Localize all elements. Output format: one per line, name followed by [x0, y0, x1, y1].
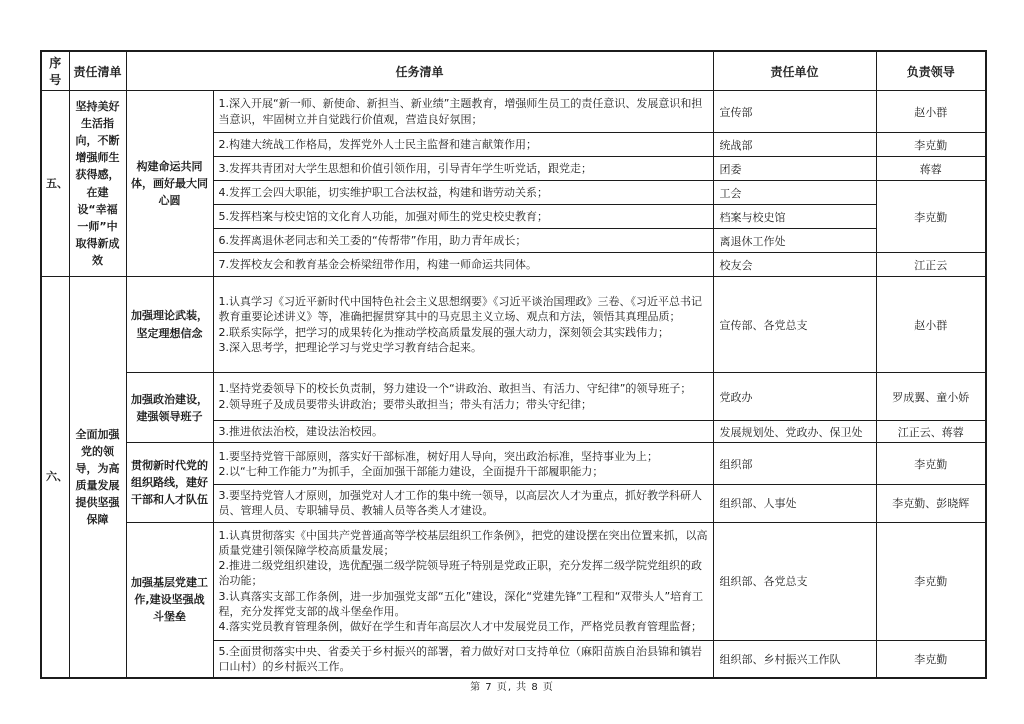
section6-block4-leader-b: 李克勤 [876, 640, 986, 678]
section5-leader-4to6: 李克勤 [876, 181, 986, 253]
section5-leader-2: 李克勤 [876, 133, 986, 157]
section5-leader-1: 赵小群 [876, 91, 986, 133]
section5-unit-5: 档案与校史馆 [713, 205, 876, 229]
section5-subcategory: 构建命运共同体，画好最大同心圆 [126, 91, 213, 277]
table-row: 加强基层党建工作,建设坚强战斗堡垒 1.认真贯彻落实《中国共产党普通高等学校基层… [41, 522, 986, 640]
section6-block4-tasks-b: 5.全面贯彻落实中央、省委关于乡村振兴的部署，着力做好对口支持单位（麻阳苗族自治… [213, 640, 713, 678]
section6-block2-leader-b: 江正云、蒋蓉 [876, 421, 986, 443]
page-footer: 第 7 页, 共 8 页 [0, 678, 1024, 693]
header-responsibility: 责任清单 [69, 51, 126, 91]
section5-leader-7: 江正云 [876, 253, 986, 277]
section5-task-7: 7.发挥校友会和教育基金会桥梁纽带作用，构建一师命运共同体。 [213, 253, 713, 277]
section5-task-1: 1.深入开展“新一师、新使命、新担当、新业绩”主题教育，增强师生员工的责任意识、… [213, 91, 713, 133]
section5-task-6: 6.发挥离退休老同志和关工委的“传帮带”作用，助力青年成长； [213, 229, 713, 253]
section6-responsibility: 全面加强党的领导，为高质量发展提供坚强保障 [69, 277, 126, 678]
section6-subcategory-1: 加强理论武装，坚定理想信念 [126, 277, 213, 373]
section6-block3-unit-b: 组织部、人事处 [713, 485, 876, 522]
section5-index: 五、 [41, 91, 69, 277]
section5-task-3: 3.发挥共青团对大学生思想和价值引领作用，引导青年学生听党话，跟党走； [213, 157, 713, 181]
header-unit: 责任单位 [713, 51, 876, 91]
section5-unit-6: 离退休工作处 [713, 229, 876, 253]
section6-block2-unit-b: 发展规划处、党政办、保卫处 [713, 421, 876, 443]
section6-block2-tasks-a: 1.坚持党委领导下的校长负责制，努力建设一个“讲政治、敢担当、有活力、守纪律”的… [213, 373, 713, 421]
section5-leader-3: 蒋蓉 [876, 157, 986, 181]
section5-unit-1: 宣传部 [713, 91, 876, 133]
section6-subcategory-4: 加强基层党建工作,建设坚强战斗堡垒 [126, 522, 213, 678]
table-row: 六、 全面加强党的领导，为高质量发展提供坚强保障 加强理论武装，坚定理想信念 1… [41, 277, 986, 373]
document-page: 序号 责任清单 任务清单 责任单位 负责领导 五、 坚持美好生活指向，不断增强师… [0, 0, 1024, 724]
table-row: 贯彻新时代党的组织路线，建好干部和人才队伍 1.要坚持党管干部原则，落实好干部标… [41, 443, 986, 485]
section6-block3-leader-b: 李克勤、彭晓辉 [876, 485, 986, 522]
header-tasks: 任务清单 [126, 51, 713, 91]
section5-unit-2: 统战部 [713, 133, 876, 157]
section6-block1-unit: 宣传部、各党总支 [713, 277, 876, 373]
section5-task-2: 2.构建大统战工作格局，发挥党外人士民主监督和建言献策作用； [213, 133, 713, 157]
section6-block2-leader-a: 罗成翼、童小娇 [876, 373, 986, 421]
header-leader: 负责领导 [876, 51, 986, 91]
section5-responsibility: 坚持美好生活指向，不断增强师生获得感，在建设“幸福一师”中取得新成效 [69, 91, 126, 277]
responsibility-task-table: 序号 责任清单 任务清单 责任单位 负责领导 五、 坚持美好生活指向，不断增强师… [40, 50, 987, 679]
section5-unit-3: 团委 [713, 157, 876, 181]
section5-task-4: 4.发挥工会四大职能，切实维护职工合法权益，构建和谐劳动关系； [213, 181, 713, 205]
section5-unit-7: 校友会 [713, 253, 876, 277]
section6-block1-leader: 赵小群 [876, 277, 986, 373]
table-row: 加强政治建设，建强领导班子 1.坚持党委领导下的校长负责制，努力建设一个“讲政治… [41, 373, 986, 421]
section6-index: 六、 [41, 277, 69, 678]
table-row: 五、 坚持美好生活指向，不断增强师生获得感，在建设“幸福一师”中取得新成效 构建… [41, 91, 986, 133]
section6-block3-tasks-a: 1.要坚持党管干部原则，落实好干部标准，树好用人导向，突出政治标准，坚持事业为上… [213, 443, 713, 485]
section6-block4-leader-a: 李克勤 [876, 522, 986, 640]
section5-task-5: 5.发挥档案与校史馆的文化育人功能，加强对师生的党史校史教育； [213, 205, 713, 229]
section6-block4-tasks-a: 1.认真贯彻落实《中国共产党普通高等学校基层组织工作条例》，把党的建设摆在突出位… [213, 522, 713, 640]
section6-block4-unit-a: 组织部、各党总支 [713, 522, 876, 640]
section6-subcategory-3: 贯彻新时代党的组织路线，建好干部和人才队伍 [126, 443, 213, 522]
section6-block2-unit-a: 党政办 [713, 373, 876, 421]
table-header-row: 序号 责任清单 任务清单 责任单位 负责领导 [41, 51, 986, 91]
section6-block4-unit-b: 组织部、乡村振兴工作队 [713, 640, 876, 678]
section5-unit-4: 工会 [713, 181, 876, 205]
section6-block2-tasks-b: 3.推进依法治校，建设法治校园。 [213, 421, 713, 443]
section6-block3-unit-a: 组织部 [713, 443, 876, 485]
section6-block3-tasks-b: 3.要坚持党管人才原则，加强党对人才工作的集中统一领导，以高层次人才为重点，抓好… [213, 485, 713, 522]
section6-block3-leader-a: 李克勤 [876, 443, 986, 485]
section6-subcategory-2: 加强政治建设，建强领导班子 [126, 373, 213, 443]
header-index: 序号 [41, 51, 69, 91]
section6-block1-tasks: 1.认真学习《习近平新时代中国特色社会主义思想纲要》《习近平谈治国理政》三卷、《… [213, 277, 713, 373]
